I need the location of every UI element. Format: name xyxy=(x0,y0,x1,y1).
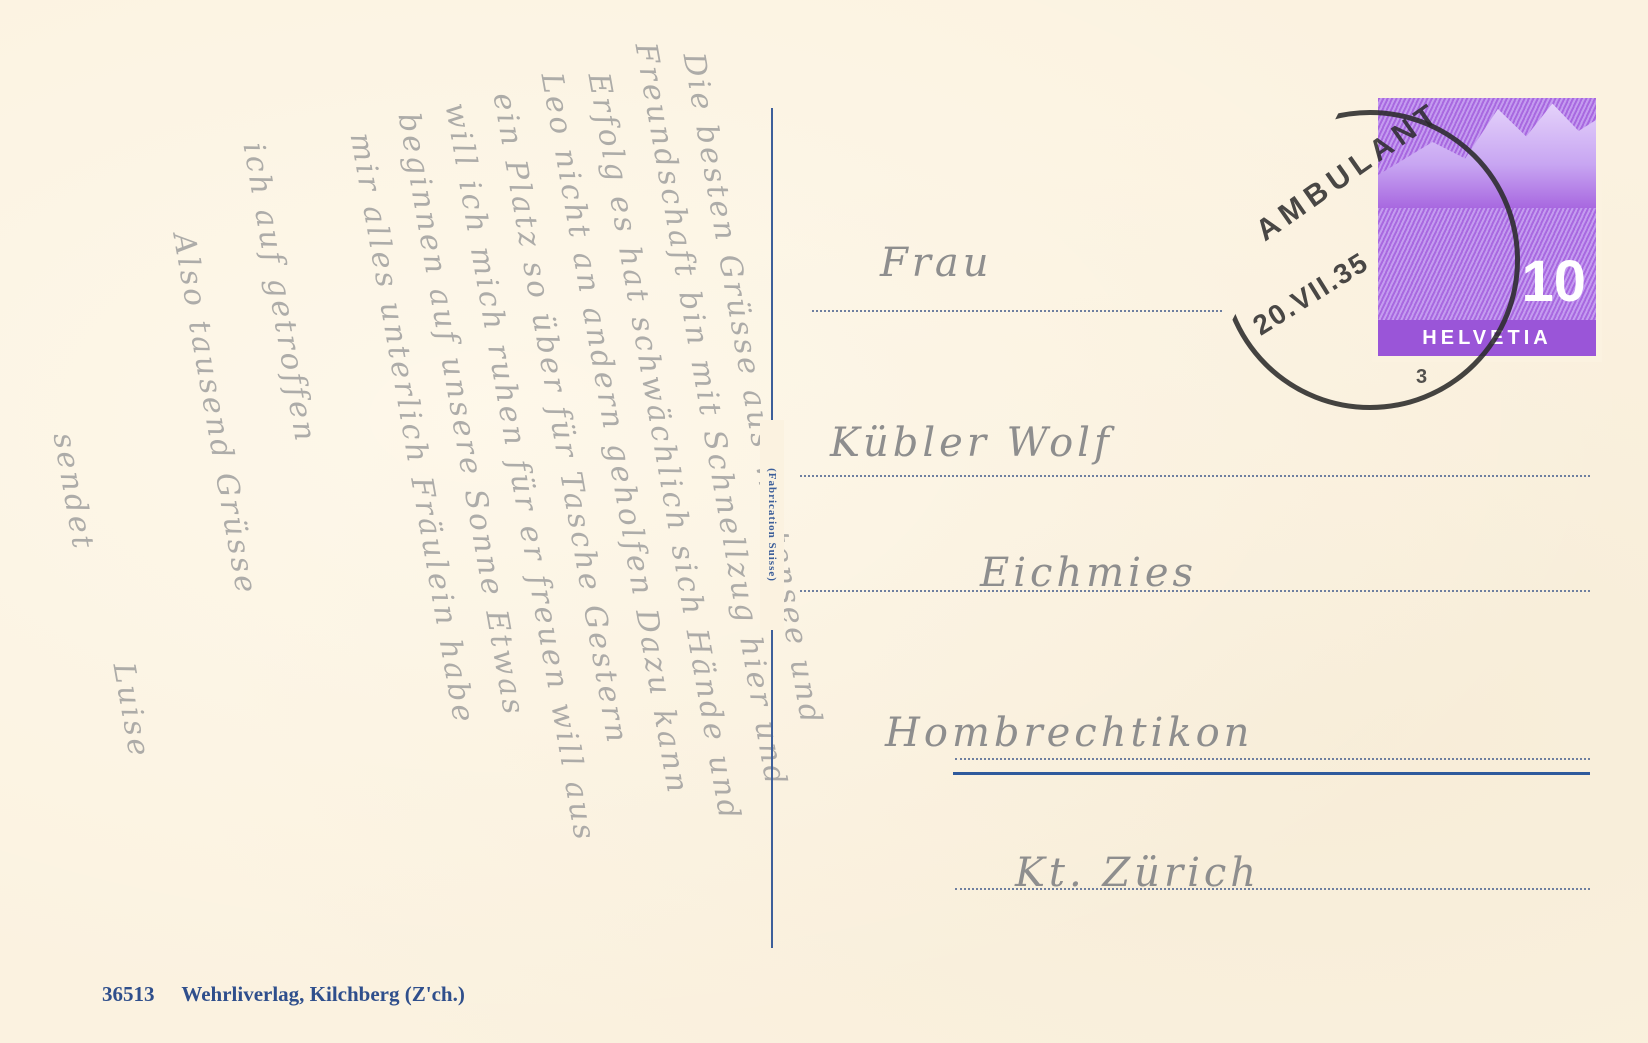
address-rule-4 xyxy=(955,758,1590,760)
address-line-2: Kübler Wolf xyxy=(830,420,1113,466)
address-line-1: Frau xyxy=(880,240,992,286)
address-rule-2 xyxy=(800,475,1590,477)
address-rule-1 xyxy=(812,310,1222,312)
address-rule-5 xyxy=(955,888,1590,890)
postcard-back: Die besten Grüsse aus Wartensee und Freu… xyxy=(0,0,1648,1043)
address-rule-3 xyxy=(800,590,1590,592)
message-line: ich auf getroffen xyxy=(236,140,323,446)
publisher-imprint: 36513 Wehrliverlag, Kilchberg (Z'ch.) xyxy=(102,982,465,1007)
postmark-number: 3 xyxy=(1416,366,1427,389)
address-rule-solid xyxy=(953,772,1590,775)
stamp-value: 10 xyxy=(1521,248,1586,315)
postmark: AMBULANT 20.VII.35 3 xyxy=(1220,110,1520,420)
handwritten-message: Die besten Grüsse aus Wartensee und Freu… xyxy=(20,40,740,980)
fabrication-label: (Fabrication Suisse) xyxy=(760,420,784,630)
address-line-4: Hombrechtikon xyxy=(885,710,1253,756)
message-line: Luise xyxy=(106,660,157,762)
message-line: Also tausend Grüsse xyxy=(166,230,264,598)
message-line: sendet xyxy=(46,430,101,554)
publisher-name: Wehrliverlag, Kilchberg (Z'ch.) xyxy=(181,982,464,1006)
card-number: 36513 xyxy=(102,982,155,1006)
